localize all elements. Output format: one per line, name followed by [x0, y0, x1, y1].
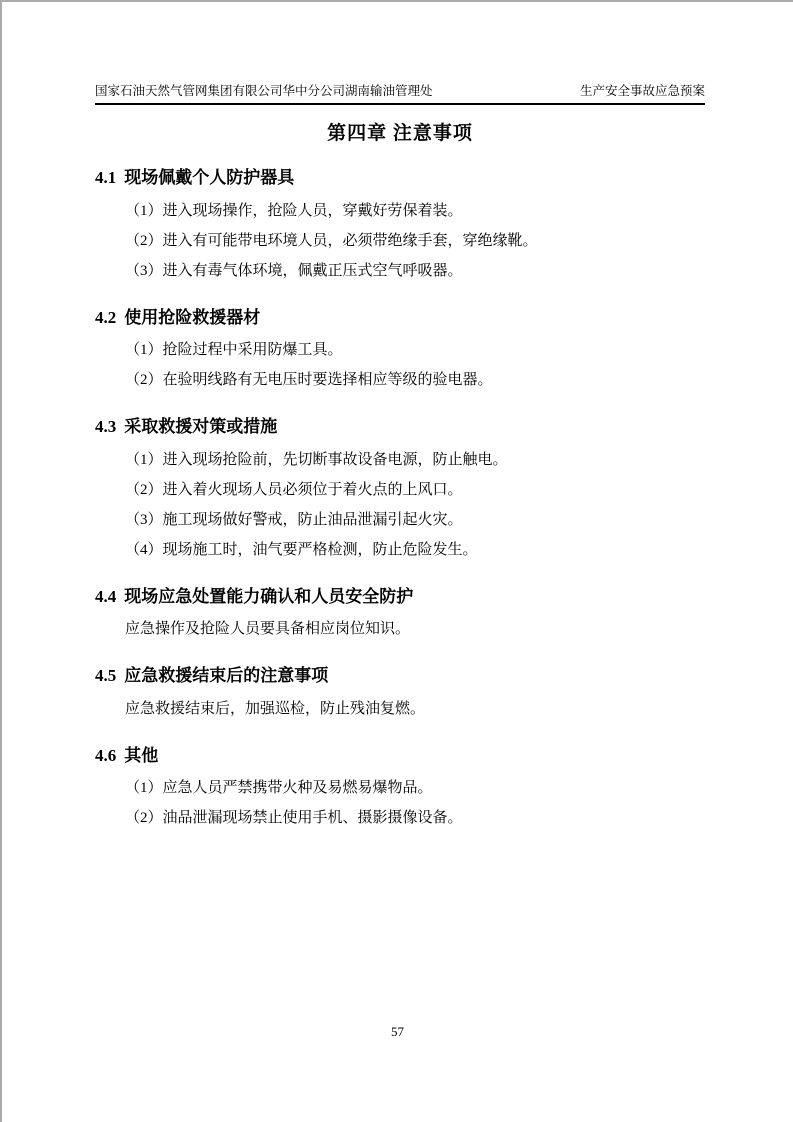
section-items: 应急救援结束后，加强巡检，防止残油复燃。: [95, 694, 705, 724]
list-item: （1）抢险过程中采用防爆工具。: [95, 335, 705, 365]
section-4-3: 4.3采取救援对策或措施 （1）进入现场抢险前，先切断事故设备电源，防止触电。 …: [95, 417, 705, 565]
header-right-text: 生产安全事故应急预案: [580, 84, 705, 98]
page-header: 国家石油天然气管网集团有限公司华中分公司湖南输油管理处 生产安全事故应急预案: [95, 84, 705, 105]
section-heading: 4.2使用抢险救援器材: [95, 308, 705, 328]
section-items: （1）应急人员严禁携带火种及易燃易爆物品。 （2）油品泄漏现场禁止使用手机、摄影…: [95, 773, 705, 833]
section-number: 4.6: [95, 746, 116, 766]
paragraph: 应急操作及抢险人员要具备相应岗位知识。: [95, 614, 705, 644]
section-heading: 4.3采取救援对策或措施: [95, 417, 705, 437]
section-heading: 4.1现场佩戴个人防护器具: [95, 168, 705, 188]
section-title: 应急救援结束后的注意事项: [124, 666, 328, 685]
list-item: （1）应急人员严禁携带火种及易燃易爆物品。: [95, 773, 705, 803]
section-4-4: 4.4现场应急处置能力确认和人员安全防护 应急操作及抢险人员要具备相应岗位知识。: [95, 587, 705, 645]
page-number: 57: [2, 1025, 793, 1039]
list-item: （2）进入着火现场人员必须位于着火点的上风口。: [95, 475, 705, 505]
list-item: （1）进入现场抢险前，先切断事故设备电源，防止触电。: [95, 445, 705, 475]
chapter-title: 第四章 注意事项: [95, 123, 705, 146]
section-number: 4.3: [95, 417, 116, 437]
list-item: （3）施工现场做好警戒，防止油品泄漏引起火灾。: [95, 505, 705, 535]
section-heading: 4.6其他: [95, 746, 705, 766]
section-title: 现场佩戴个人防护器具: [124, 168, 294, 187]
paragraph: 应急救援结束后，加强巡检，防止残油复燃。: [95, 694, 705, 724]
section-4-1: 4.1现场佩戴个人防护器具 （1）进入现场操作，抢险人员，穿戴好劳保着装。 （2…: [95, 168, 705, 286]
section-items: （1）抢险过程中采用防爆工具。 （2）在验明线路有无电压时要选择相应等级的验电器…: [95, 335, 705, 395]
section-heading: 4.5应急救援结束后的注意事项: [95, 666, 705, 686]
section-number: 4.1: [95, 168, 116, 188]
list-item: （4）现场施工时，油气要严格检测，防止危险发生。: [95, 535, 705, 565]
header-left-text: 国家石油天然气管网集团有限公司华中分公司湖南输油管理处: [95, 84, 433, 98]
section-4-2: 4.2使用抢险救援器材 （1）抢险过程中采用防爆工具。 （2）在验明线路有无电压…: [95, 308, 705, 396]
section-title: 其他: [124, 746, 158, 765]
section-items: （1）进入现场操作，抢险人员，穿戴好劳保着装。 （2）进入有可能带电环境人员，必…: [95, 196, 705, 286]
document-page: 国家石油天然气管网集团有限公司华中分公司湖南输油管理处 生产安全事故应急预案 第…: [0, 0, 793, 1122]
section-number: 4.2: [95, 308, 116, 328]
section-title: 现场应急处置能力确认和人员安全防护: [124, 587, 413, 606]
list-item: （2）进入有可能带电环境人员，必须带绝缘手套，穿绝缘靴。: [95, 226, 705, 256]
list-item: （2）在验明线路有无电压时要选择相应等级的验电器。: [95, 365, 705, 395]
section-number: 4.4: [95, 587, 116, 607]
list-item: （2）油品泄漏现场禁止使用手机、摄影摄像设备。: [95, 803, 705, 833]
section-4-5: 4.5应急救援结束后的注意事项 应急救援结束后，加强巡检，防止残油复燃。: [95, 666, 705, 724]
section-items: 应急操作及抢险人员要具备相应岗位知识。: [95, 614, 705, 644]
section-items: （1）进入现场抢险前，先切断事故设备电源，防止触电。 （2）进入着火现场人员必须…: [95, 445, 705, 565]
section-title: 采取救援对策或措施: [124, 417, 277, 436]
section-4-6: 4.6其他 （1）应急人员严禁携带火种及易燃易爆物品。 （2）油品泄漏现场禁止使…: [95, 746, 705, 834]
section-title: 使用抢险救援器材: [124, 308, 260, 327]
section-number: 4.5: [95, 666, 116, 686]
section-heading: 4.4现场应急处置能力确认和人员安全防护: [95, 587, 705, 607]
list-item: （3）进入有毒气体环境，佩戴正压式空气呼吸器。: [95, 256, 705, 286]
list-item: （1）进入现场操作，抢险人员，穿戴好劳保着装。: [95, 196, 705, 226]
